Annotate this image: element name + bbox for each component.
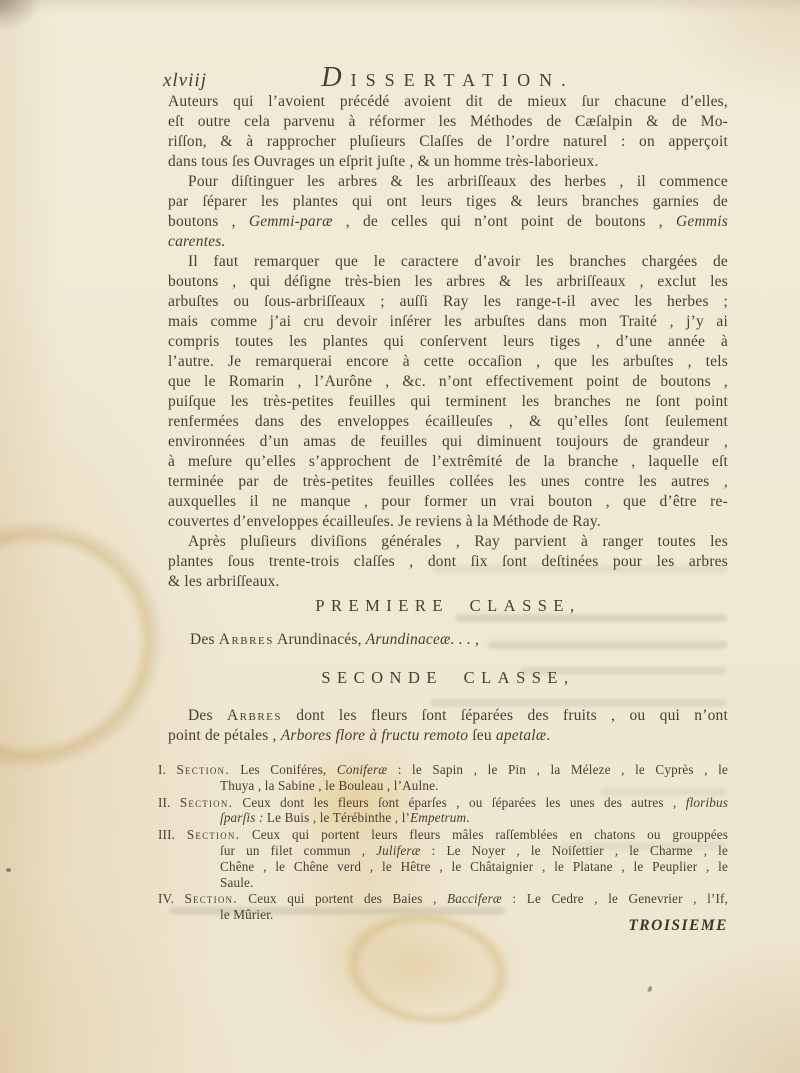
text-segment: I. [158,762,177,777]
text-segment: couvertes d’enveloppes écailleuſes. Je r… [168,513,601,530]
text-line: Pour diſtinguer les arbres & les arbriſſ… [168,172,728,192]
text-line: mais comme j’ai cru devoir inſérer les a… [168,312,728,332]
text-line: par ſéparer les plantes qui ont leurs ti… [168,192,728,212]
text-segment: compris toutes les plantes qui conſerven… [168,333,728,350]
text-line: II. Section. Ceux dont les fleurs ſont é… [158,795,728,811]
text-line: boutons , Gemmi-paræ , de celles qui n’o… [168,212,728,232]
text-line: couvertes d’enveloppes écailleuſes. Je r… [168,512,728,532]
text-segment: renfermées dans des enveloppes écailleuſ… [168,413,728,430]
text-line: point de pétales , Arbores flore à fruct… [168,726,728,746]
text-segment: , de celles qui n’ont point de boutons , [333,213,676,230]
text-line: compris toutes les plantes qui conſerven… [168,332,728,352]
text-segment: IV. [158,891,184,906]
italic-text: apetalæ [496,727,546,744]
text-segment: Des [188,707,227,724]
running-title-initial: D [321,62,350,93]
italic-text: Gemmi-paræ [249,213,333,230]
book-page: xlviij DISSERTATION. Auteurs qui l’avoie… [0,0,800,1073]
smallcaps-text: Section. [184,891,237,906]
text-segment: Ceux qui portent leurs fleurs mâles raſſ… [240,827,728,842]
sections-list: I. Section. Les Coniféres, Coniferæ : le… [158,762,728,924]
paragraph-4: Après pluſieurs diviſions générales , Ra… [168,532,728,592]
text-segment: Les Coniféres, [230,762,337,777]
text-segment: l’autre. Je remarquerai encore à cette o… [168,353,728,370]
text-line: terminée par de très-petites feuilles co… [168,472,728,492]
italic-text: Bacciferæ [447,891,502,906]
smallcaps-text: Section. [180,795,233,810]
text-segment: terminée par de très-petites feuilles co… [168,473,728,490]
italic-text: Empetrum [410,810,466,825]
text-segment: ſeu [468,727,496,744]
text-segment: Saule. [220,875,254,890]
text-segment: Il faut remarquer que le caractere d’avo… [188,253,728,270]
text-line: auxquelles il ne manque , pour former un… [168,492,728,512]
text-segment: puiſque les très-petites feuilles qui te… [168,393,728,410]
italic-text: floribus [686,795,728,810]
text-segment: : Le Noyer , le Noiſettier , le Charme ,… [421,843,728,858]
text-line: puiſque les très-petites feuilles qui te… [168,392,728,412]
text-segment: dont les fleurs ſont ſéparées des fruits… [282,707,728,724]
italic-text: ſparſis : [220,810,263,825]
text-line: plantes ſous trente-trois claſſes , dont… [168,552,728,572]
text-segment: boutons , qui déſigne très-bien les arbr… [168,273,728,290]
text-line: III. Section. Ceux qui portent leurs fle… [158,827,728,843]
text-segment: ſur un filet commun , [220,843,376,858]
text-line: Des Arbres Arundinacés, Arundinaceæ. . .… [168,630,728,650]
text-segment: Ceux qui portent des Baies , [238,891,447,906]
catchword: TROISIEME [628,917,728,934]
text-line: Après pluſieurs diviſions générales , Ra… [168,532,728,552]
text-line: Thuya , la Sabine , le Bouleau , l’Aulne… [158,778,728,794]
text-segment: Pour diſtinguer les arbres & les arbriſſ… [188,173,728,190]
body-text: Auteurs qui l’avoient précédé avoient di… [168,92,728,592]
text-line: carentes. [168,232,728,252]
text-segment: Arundinacés, [274,631,366,648]
ink-speck [6,868,11,872]
text-segment: Le Buis , le Térébinthe , l’ [263,810,410,825]
text-line: riſſon, & à rapprocher pluſieurs Claſſes… [168,132,728,152]
text-line: IV. Section. Ceux qui portent des Baies … [158,891,728,907]
section-item-2: II. Section. Ceux dont les fleurs ſont é… [158,795,728,827]
smallcaps-text: Section. [177,762,230,777]
class-description-premiere: Des Arbres Arundinacés, Arundinaceæ. . .… [168,630,728,650]
italic-text: carentes. [168,233,226,250]
italic-text: Coniferæ [337,762,387,777]
italic-text: Juliferæ [376,843,420,858]
text-line: l’autre. Je remarquerai encore à cette o… [168,352,728,372]
class-description-seconde: Des Arbres dont les fleurs ſont ſéparées… [168,706,728,746]
text-segment: auxquelles il ne manque , pour former un… [168,493,728,510]
section-item-3: III. Section. Ceux qui portent leurs fle… [158,827,728,890]
text-segment: & les arbriſſeaux. [168,573,280,590]
text-segment: à meſure qu’elles s’approchent de l’extr… [168,453,728,470]
text-line: que le Romarin , l’Aurône , &c. n’ont ef… [168,372,728,392]
text-line: Auteurs qui l’avoient précédé avoient di… [168,92,728,112]
smallcaps-text: Section. [187,827,240,842]
text-line: renfermées dans des enveloppes écailleuſ… [168,412,728,432]
text-line: eſt outre cela parvenu à réformer les Mé… [168,112,728,132]
text-segment: dans tous ſes Ouvrages un eſprit juſte ,… [168,153,599,170]
ink-speck [647,985,653,992]
text-line: arbuſtes ou ſous-arbriſſeaux ; auſſi Ray… [168,292,728,312]
text-segment: : le Sapin , le Pin , la Méleze , le Cyp… [387,762,728,777]
text-line: ſur un filet commun , Juliferæ : Le Noye… [158,843,728,859]
text-line: dans tous ſes Ouvrages un eſprit juſte ,… [168,152,728,172]
text-segment: . [466,810,469,825]
text-segment: arbuſtes ou ſous-arbriſſeaux ; auſſi Ray… [168,293,728,310]
paragraph-3: Il faut remarquer que le caractere d’avo… [168,252,728,532]
text-segment: . [546,727,550,744]
class-heading-seconde: SECONDE CLASSE, [168,668,728,688]
text-segment: Après pluſieurs diviſions générales , Ra… [188,533,728,550]
smallcaps-text: Arbres [227,707,282,724]
text-line: Saule. [158,875,728,891]
text-line: & les arbriſſeaux. [168,572,728,592]
text-segment: Thuya , la Sabine , le Bouleau , l’Aulne… [220,778,439,793]
text-segment: eſt outre cela parvenu à réformer les Mé… [168,113,728,130]
paragraph-2: Pour diſtinguer les arbres & les arbriſſ… [168,172,728,252]
class-heading-premiere: PREMIERE CLASSE, [168,596,728,616]
text-segment: plantes ſous trente-trois claſſes , dont… [168,553,728,570]
text-line: Des Arbres dont les fleurs ſont ſéparées… [168,706,728,726]
text-segment: II. [158,795,180,810]
running-title: DISSERTATION. [168,62,728,94]
italic-text: Arbores flore à fructu remoto [281,727,468,744]
italic-text: Gemmis [676,213,728,230]
text-line: boutons , qui déſigne très-bien les arbr… [168,272,728,292]
paragraph-1: Auteurs qui l’avoient précédé avoient di… [168,92,728,172]
text-segment: Des [190,631,219,648]
catchword-row: TROISIEME [168,917,728,935]
text-segment: par ſéparer les plantes qui ont leurs ti… [168,193,728,210]
smallcaps-text: Arbres [219,631,274,648]
running-title-rest: ISSERTATION. [351,70,575,90]
text-line: Chêne , le Chêne verd , le Hêtre , le Ch… [158,859,728,875]
text-segment: boutons , [168,213,249,230]
text-segment: mais comme j’ai cru devoir inſérer les a… [168,313,728,330]
text-segment: point de pétales , [168,727,281,744]
text-line: à meſure qu’elles s’approchent de l’extr… [168,452,728,472]
section-item-1: I. Section. Les Coniféres, Coniferæ : le… [158,762,728,794]
text-segment: III. [158,827,187,842]
text-line: Il faut remarquer que le caractere d’avo… [168,252,728,272]
text-segment: Auteurs qui l’avoient précédé avoient di… [168,93,728,110]
text-line: environnées d’un amas de feuilles qui di… [168,432,728,452]
text-segment: : Le Cedre , le Genevrier , l’If, [502,891,728,906]
text-line: I. Section. Les Coniféres, Coniferæ : le… [158,762,728,778]
text-segment: Ceux dont les fleurs ſont éparſes , ou ſ… [233,795,686,810]
italic-text: Arundinaceæ. . . , [366,631,479,648]
text-line: ſparſis : Le Buis , le Térébinthe , l’Em… [158,810,728,826]
text-segment: riſſon, & à rapprocher pluſieurs Claſſes… [168,133,728,150]
text-segment: que le Romarin , l’Aurône , &c. n’ont ef… [168,373,728,390]
text-segment: environnées d’un amas de feuilles qui di… [168,433,728,450]
text-segment: Chêne , le Chêne verd , le Hêtre , le Ch… [220,859,728,874]
